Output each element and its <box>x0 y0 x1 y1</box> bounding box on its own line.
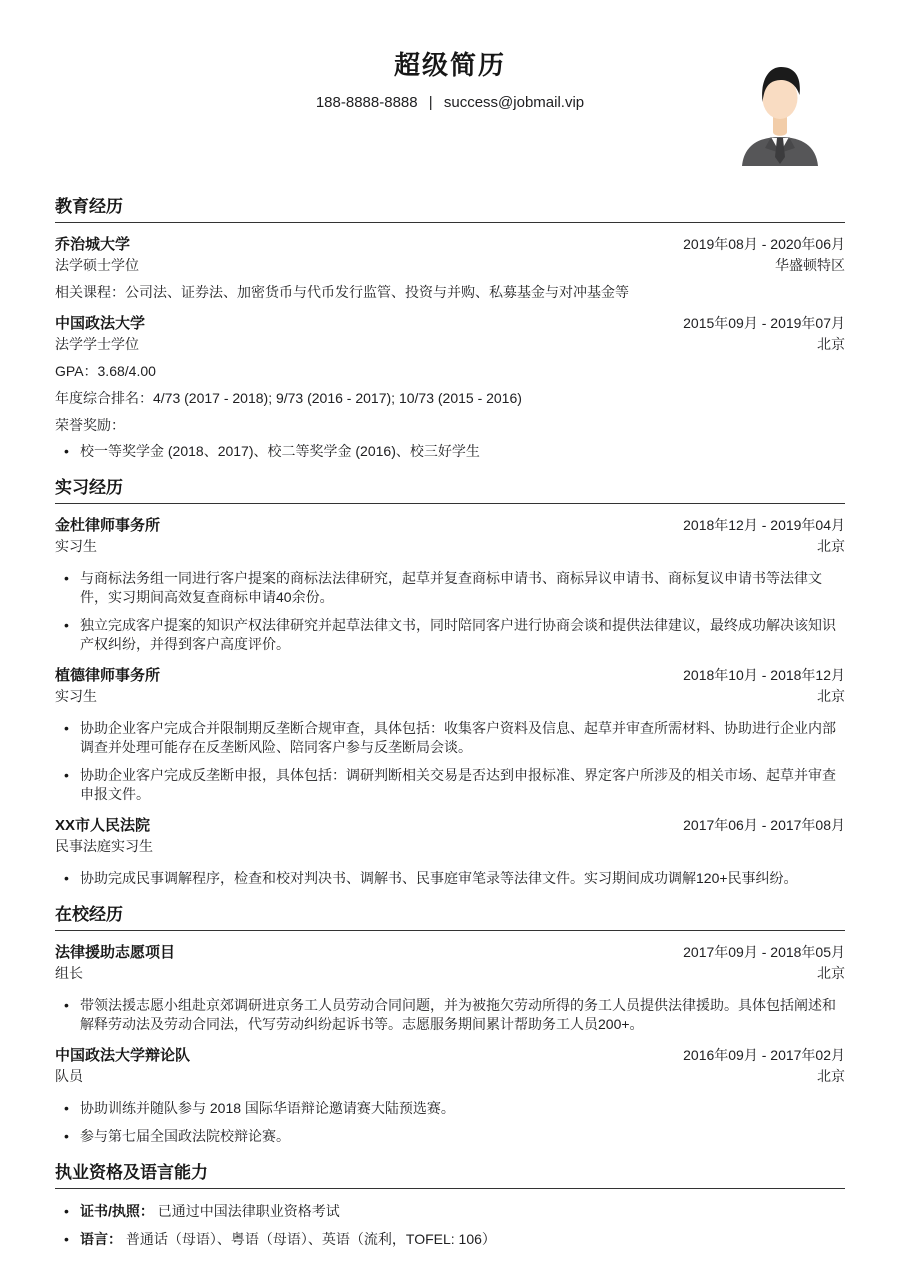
ranking-line: 年度综合排名：4/73 (2017 - 2018); 9/73 (2016 - … <box>55 389 845 408</box>
internship-entry-merits: 植德律师事务所 2018年10月 - 2018年12月 实习生 北京 协助企业客… <box>55 666 845 804</box>
duty-item: 独立完成客户提案的知识产权法律研究并起草法律文书，同时陪同客户进行协商会谈和提供… <box>63 616 845 654</box>
org-name: 法律援助志愿项目 <box>55 943 175 962</box>
date-range: 2018年12月 - 2019年04月 <box>683 516 845 535</box>
location: 北京 <box>817 687 845 706</box>
job-title: 实习生 <box>55 537 97 556</box>
job-title: 实习生 <box>55 687 97 706</box>
location: 北京 <box>817 964 845 983</box>
degree: 法学学士学位 <box>55 335 139 354</box>
org-name: 中国政法大学辩论队 <box>55 1046 190 1065</box>
duty-item: 带领法援志愿小组赴京郊调研进京务工人员劳动合同问题，并为被拖欠劳动所得的务工人员… <box>63 996 845 1034</box>
job-title: 队员 <box>55 1067 83 1086</box>
duty-item: 协助训练并随队参与 2018 国际华语辩论邀请赛大陆预选赛。 <box>63 1099 845 1118</box>
section-heading-internship: 实习经历 <box>55 477 845 504</box>
date-range: 2019年08月 - 2020年06月 <box>683 235 845 254</box>
duty-item: 协助企业客户完成反垄断申报，具体包括：调研判断相关交易是否达到申报标准、界定客户… <box>63 766 845 804</box>
language-item: 语言： 普通话（母语）、粤语（母语）、英语（流利，TOFEL: 106） <box>63 1230 845 1249</box>
date-range: 2017年06月 - 2017年08月 <box>683 816 845 835</box>
duty-list: 协助训练并随队参与 2018 国际华语辩论邀请赛大陆预选赛。 参与第七届全国政法… <box>63 1099 845 1146</box>
org-name: 中国政法大学 <box>55 314 145 333</box>
certificate-text: 已通过中国法律职业资格考试 <box>158 1203 340 1219</box>
location: 北京 <box>817 1067 845 1086</box>
internship-entry-kingandwood: 金杜律师事务所 2018年12月 - 2019年04月 实习生 北京 与商标法务… <box>55 516 845 654</box>
duty-item: 协助完成民事调解程序，检查和校对判决书、调解书、民事庭审笔录等法律文件。实习期间… <box>63 869 845 888</box>
section-qualifications: 执业资格及语言能力 证书/执照： 已通过中国法律职业资格考试 语言： 普通话（母… <box>55 1162 845 1249</box>
date-range: 2015年09月 - 2019年07月 <box>683 314 845 333</box>
section-heading-campus: 在校经历 <box>55 904 845 931</box>
duty-list: 协助企业客户完成合并限制期反垄断合规审查，具体包括：收集客户资料及信息、起草并审… <box>63 719 845 804</box>
duty-item: 参与第七届全国政法院校辩论赛。 <box>63 1127 845 1146</box>
certificate-item: 证书/执照： 已通过中国法律职业资格考试 <box>63 1202 845 1221</box>
duty-list: 与商标法务组一同进行客户提案的商标法法律研究，起草并复查商标申请书、商标异议申请… <box>63 569 845 654</box>
duty-list: 带领法援志愿小组赴京郊调研进京务工人员劳动合同问题，并为被拖欠劳动所得的务工人员… <box>63 996 845 1034</box>
language-text: 普通话（母语）、粤语（母语）、英语（流利，TOFEL: 106） <box>126 1231 496 1247</box>
resume-header: 超级简历 188-8888-8888 | success@jobmail.vip <box>55 48 845 112</box>
internship-entry-court: XX市人民法院 2017年06月 - 2017年08月 民事法庭实习生 协助完成… <box>55 816 845 888</box>
org-name: 乔治城大学 <box>55 235 130 254</box>
courses-line: 相关课程：公司法、证券法、加密货币与代币发行监管、投资与并购、私募基金与对冲基金… <box>55 283 845 302</box>
duty-item: 与商标法务组一同进行客户提案的商标法法律研究，起草并复查商标申请书、商标异议申请… <box>63 569 845 607</box>
email-address: success@jobmail.vip <box>444 94 584 111</box>
job-title: 组长 <box>55 964 83 983</box>
duty-list: 协助完成民事调解程序，检查和校对判决书、调解书、民事庭审笔录等法律文件。实习期间… <box>63 869 845 888</box>
location: 北京 <box>817 335 845 354</box>
campus-entry-legalaid: 法律援助志愿项目 2017年09月 - 2018年05月 组长 北京 带领法援志… <box>55 943 845 1034</box>
job-title: 民事法庭实习生 <box>55 837 153 856</box>
education-entry-cupl: 中国政法大学 2015年09月 - 2019年07月 法学学士学位 北京 GPA… <box>55 314 845 461</box>
page-title: 超级简历 <box>55 48 845 82</box>
date-range: 2016年09月 - 2017年02月 <box>683 1046 845 1065</box>
section-heading-education: 教育经历 <box>55 196 845 223</box>
certificate-label: 证书/执照： <box>80 1203 154 1219</box>
gpa-line: GPA：3.68/4.00 <box>55 362 845 381</box>
awards-list: 校一等奖学金 (2018、2017)、校二等奖学金 (2016)、校三好学生 <box>63 442 845 461</box>
education-entry-georgetown: 乔治城大学 2019年08月 - 2020年06月 法学硕士学位 华盛顿特区 相… <box>55 235 845 302</box>
duty-item: 协助企业客户完成合并限制期反垄断合规审查，具体包括：收集客户资料及信息、起草并审… <box>63 719 845 757</box>
section-internship: 实习经历 金杜律师事务所 2018年12月 - 2019年04月 实习生 北京 … <box>55 477 845 888</box>
org-name: 植德律师事务所 <box>55 666 160 685</box>
campus-entry-debate: 中国政法大学辩论队 2016年09月 - 2017年02月 队员 北京 协助训练… <box>55 1046 845 1146</box>
award-item: 校一等奖学金 (2018、2017)、校二等奖学金 (2016)、校三好学生 <box>63 442 845 461</box>
phone-number: 188-8888-8888 <box>316 94 418 111</box>
org-name: XX市人民法院 <box>55 816 150 835</box>
org-name: 金杜律师事务所 <box>55 516 160 535</box>
date-range: 2018年10月 - 2018年12月 <box>683 666 845 685</box>
awards-label: 荣誉奖励： <box>55 416 845 435</box>
section-heading-qualifications: 执业资格及语言能力 <box>55 1162 845 1189</box>
section-campus: 在校经历 法律援助志愿项目 2017年09月 - 2018年05月 组长 北京 … <box>55 904 845 1146</box>
contact-line: 188-8888-8888 | success@jobmail.vip <box>55 93 845 112</box>
degree: 法学硕士学位 <box>55 256 139 275</box>
date-range: 2017年09月 - 2018年05月 <box>683 943 845 962</box>
resume-page: 超级简历 188-8888-8888 | success@jobmail.vip… <box>0 0 900 1266</box>
location: 北京 <box>817 537 845 556</box>
avatar <box>738 54 822 166</box>
language-label: 语言： <box>80 1231 122 1247</box>
location: 华盛顿特区 <box>775 256 845 275</box>
qualification-list: 证书/执照： 已通过中国法律职业资格考试 语言： 普通话（母语）、粤语（母语）、… <box>63 1202 845 1249</box>
contact-separator: | <box>429 94 433 111</box>
section-education: 教育经历 乔治城大学 2019年08月 - 2020年06月 法学硕士学位 华盛… <box>55 196 845 461</box>
